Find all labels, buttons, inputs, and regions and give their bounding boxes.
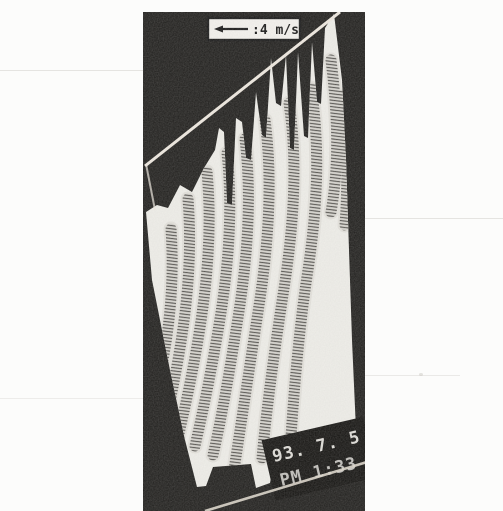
scan-artifact-line — [365, 375, 460, 376]
scan-artifact-speck — [419, 373, 423, 376]
scan-artifact-line — [0, 398, 143, 399]
radar-photograph: :4 m/s 93. 7. 5 PM 1:33 — [143, 12, 365, 511]
film-grain-overlay — [143, 12, 365, 511]
scan-artifact-line — [0, 70, 143, 71]
scan-artifact-line — [365, 218, 503, 219]
scanned-figure-page: :4 m/s 93. 7. 5 PM 1:33 — [0, 0, 503, 511]
radar-photo-canvas: :4 m/s 93. 7. 5 PM 1:33 — [143, 12, 365, 511]
